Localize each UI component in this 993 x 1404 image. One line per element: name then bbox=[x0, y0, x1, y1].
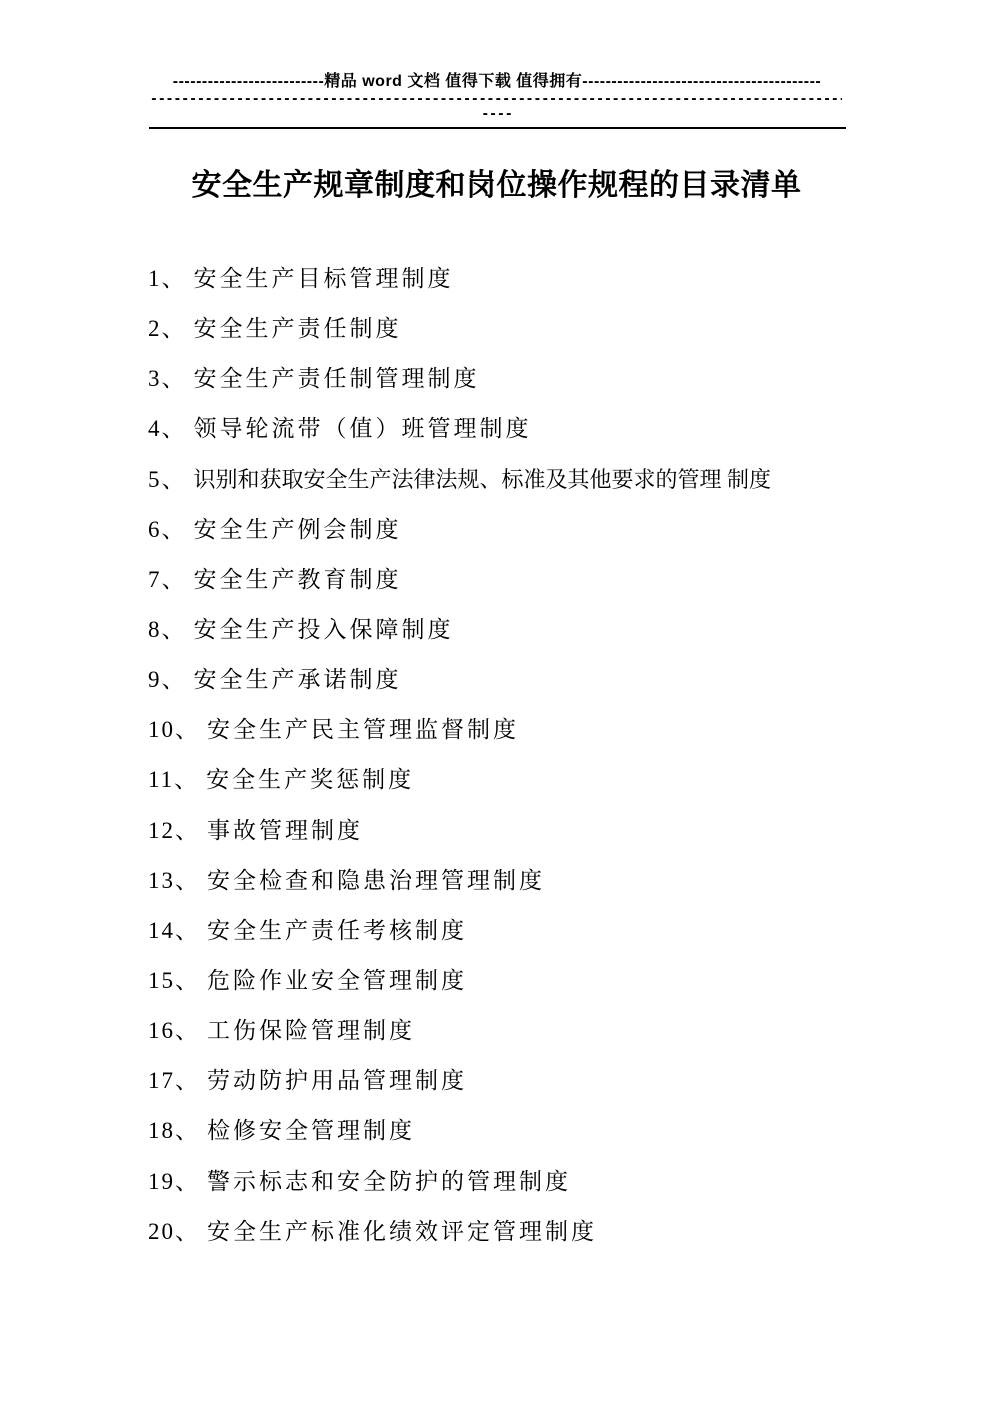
item-text: 安全生产奖惩制度 bbox=[206, 767, 414, 792]
toc-list: 1、安全生产目标管理制度2、安全生产责任制度3、安全生产责任制管理制度4、领导轮… bbox=[148, 266, 908, 1269]
item-number: 16、 bbox=[148, 1018, 200, 1044]
item-number: 20、 bbox=[148, 1219, 200, 1245]
item-number: 13、 bbox=[148, 868, 200, 894]
list-item: 8、安全生产投入保障制度 bbox=[148, 617, 908, 667]
list-item: 14、安全生产责任考核制度 bbox=[148, 918, 908, 968]
list-item: 6、安全生产例会制度 bbox=[148, 517, 908, 567]
list-item: 15、危险作业安全管理制度 bbox=[148, 968, 908, 1018]
item-text: 安全生产目标管理制度 bbox=[194, 266, 454, 291]
item-number: 9、 bbox=[148, 667, 187, 693]
list-item: 11、安全生产奖惩制度 bbox=[148, 767, 908, 817]
item-number: 18、 bbox=[148, 1118, 200, 1144]
item-text: 警示标志和安全防护的管理制度 bbox=[207, 1169, 571, 1194]
short-dash-text: ---- bbox=[149, 107, 845, 123]
item-number: 4、 bbox=[148, 416, 187, 442]
list-item: 17、劳动防护用品管理制度 bbox=[148, 1068, 908, 1118]
item-number: 17、 bbox=[148, 1068, 200, 1094]
item-number: 15、 bbox=[148, 968, 200, 994]
item-number: 14、 bbox=[148, 918, 200, 944]
item-number: 6、 bbox=[148, 517, 187, 543]
document-page: --------------------------精品 word 文档 值得下… bbox=[0, 0, 993, 1404]
list-item: 19、警示标志和安全防护的管理制度 bbox=[148, 1169, 908, 1219]
list-item: 4、领导轮流带（值）班管理制度 bbox=[148, 416, 908, 466]
list-item: 16、工伤保险管理制度 bbox=[148, 1018, 908, 1068]
item-number: 12、 bbox=[148, 818, 200, 844]
header-rule-line bbox=[149, 127, 846, 129]
item-number: 8、 bbox=[148, 617, 187, 643]
list-item: 20、安全生产标准化绩效评定管理制度 bbox=[148, 1219, 908, 1269]
list-item: 9、安全生产承诺制度 bbox=[148, 667, 908, 717]
item-text: 安全生产标准化绩效评定管理制度 bbox=[207, 1219, 597, 1244]
item-text: 安全生产教育制度 bbox=[194, 567, 402, 592]
item-text: 安全生产承诺制度 bbox=[194, 667, 402, 692]
item-text: 检修安全管理制度 bbox=[207, 1118, 415, 1143]
item-text: 劳动防护用品管理制度 bbox=[207, 1068, 467, 1093]
item-text: 识别和获取安全生产法律法规、标准及其他要求的管理 制度 bbox=[194, 467, 772, 492]
page-title: 安全生产规章制度和岗位操作规程的目录清单 bbox=[0, 160, 993, 204]
list-item: 12、事故管理制度 bbox=[148, 818, 908, 868]
item-text: 领导轮流带（值）班管理制度 bbox=[194, 416, 532, 441]
item-text: 安全生产投入保障制度 bbox=[194, 617, 454, 642]
item-text: 安全生产例会制度 bbox=[194, 517, 402, 542]
item-number: 3、 bbox=[148, 366, 187, 392]
item-number: 10、 bbox=[148, 717, 200, 743]
item-number: 1、 bbox=[148, 266, 187, 292]
item-number: 2、 bbox=[148, 316, 187, 342]
list-item: 3、安全生产责任制管理制度 bbox=[148, 366, 908, 416]
list-item: 7、安全生产教育制度 bbox=[148, 567, 908, 617]
list-item: 1、安全生产目标管理制度 bbox=[148, 266, 908, 316]
item-text: 事故管理制度 bbox=[207, 818, 363, 843]
item-number: 7、 bbox=[148, 567, 187, 593]
item-text: 安全生产责任制管理制度 bbox=[194, 366, 480, 391]
item-text: 安全生产责任考核制度 bbox=[207, 918, 467, 943]
item-text: 安全生产责任制度 bbox=[194, 316, 402, 341]
list-item: 2、安全生产责任制度 bbox=[148, 316, 908, 366]
item-text: 危险作业安全管理制度 bbox=[207, 968, 467, 993]
item-text: 安全检查和隐患治理管理制度 bbox=[207, 868, 545, 893]
item-number: 11、 bbox=[148, 767, 199, 793]
list-item: 5、识别和获取安全生产法律法规、标准及其他要求的管理 制度 bbox=[148, 467, 908, 517]
item-text: 安全生产民主管理监督制度 bbox=[207, 717, 519, 742]
item-text: 工伤保险管理制度 bbox=[207, 1018, 415, 1043]
list-item: 10、安全生产民主管理监督制度 bbox=[148, 717, 908, 767]
item-number: 5、 bbox=[148, 467, 187, 493]
promo-banner-text: --------------------------精品 word 文档 值得下… bbox=[149, 68, 845, 91]
item-number: 19、 bbox=[148, 1169, 200, 1195]
list-item: 13、安全检查和隐患治理管理制度 bbox=[148, 868, 908, 918]
list-item: 18、检修安全管理制度 bbox=[148, 1118, 908, 1168]
